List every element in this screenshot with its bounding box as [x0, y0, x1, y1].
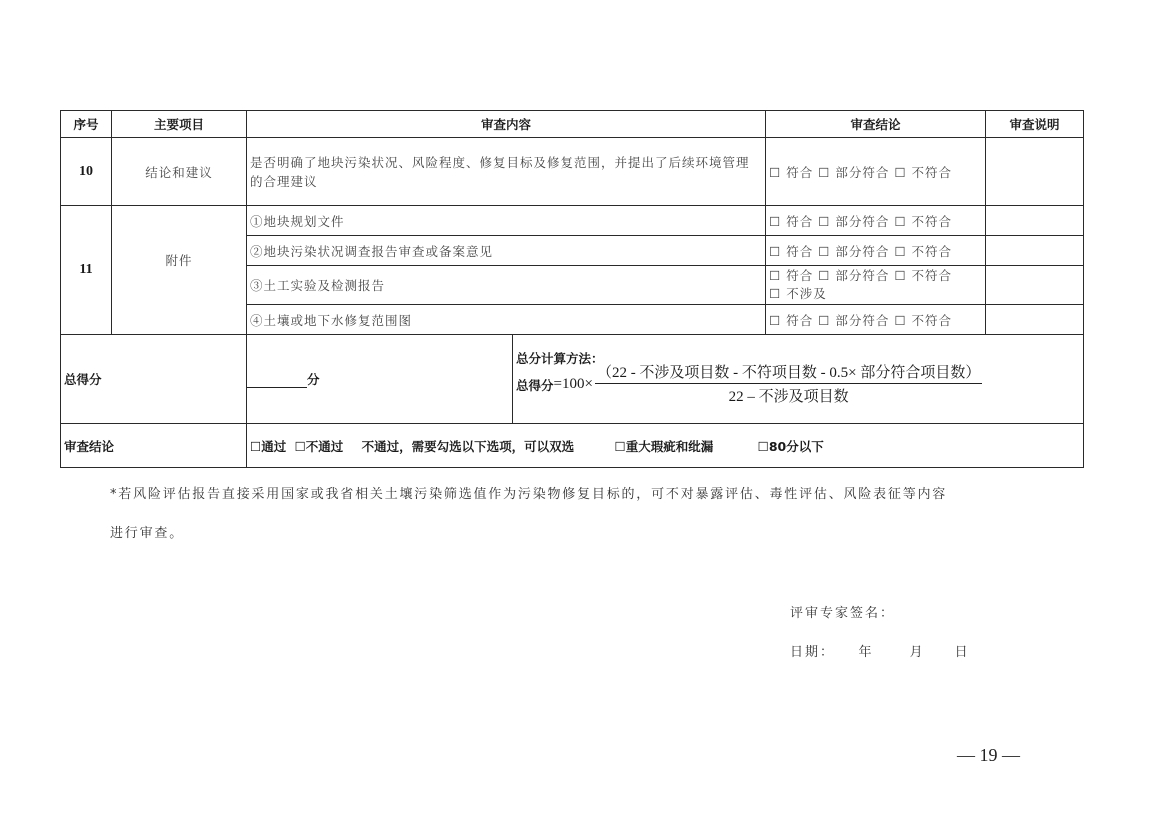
- header-content: 审查内容: [247, 111, 766, 138]
- formula-lhs-label: 总得分: [516, 376, 554, 394]
- attachment-content: ④土壤或地下水修复范围图: [247, 305, 766, 335]
- formula-cell: 总分计算方法： 总得分 =100× （22 - 不涉及项目数 - 不符项目数 -…: [513, 335, 1084, 424]
- conclusion-options: ☐通过 ☐不通过 不通过，需要勾选以下选项，可以双选 ☐重大瑕疵和纰漏 ☐80分…: [247, 424, 1084, 468]
- header-row: 序号 主要项目 审查内容 审查结论 审查说明: [61, 111, 1084, 138]
- row-number: 11: [61, 206, 112, 335]
- row-remark[interactable]: [986, 138, 1084, 206]
- major-flaw-checkbox[interactable]: ☐重大瑕疵和纰漏: [615, 439, 714, 454]
- header-item: 主要项目: [112, 111, 247, 138]
- row-number: 10: [61, 138, 112, 206]
- footnote-line2: 进行审查。: [110, 522, 184, 541]
- score-unit: 分: [307, 372, 320, 387]
- expert-signature-label: 评审专家签名：: [790, 602, 895, 621]
- attachment-content: ③土工实验及检测报告: [247, 266, 766, 305]
- attachment-remark[interactable]: [986, 305, 1084, 335]
- header-conclusion: 审查结论: [766, 111, 986, 138]
- options-line1[interactable]: ☐ 符合 ☐ 部分符合 ☐ 不符合: [769, 267, 982, 285]
- fail-checkbox[interactable]: ☐不通过: [295, 439, 344, 454]
- below-80-checkbox[interactable]: ☐80分以下: [758, 439, 824, 454]
- pass-checkbox[interactable]: ☐通过: [250, 439, 286, 454]
- conclusion-label: 审查结论: [61, 424, 247, 468]
- attachment-options[interactable]: ☐ 符合 ☐ 部分符合 ☐ 不符合 ☐ 不涉及: [766, 266, 986, 305]
- attachment-options[interactable]: ☐ 符合 ☐ 部分符合 ☐ 不符合: [766, 206, 986, 236]
- attachment-remark[interactable]: [986, 266, 1084, 305]
- attachment-content: ②地块污染状况调查报告审查或备案意见: [247, 236, 766, 266]
- review-table: 序号 主要项目 审查内容 审查结论 审查说明 10 结论和建议 是否明确了地块污…: [60, 110, 1084, 468]
- row-item: 结论和建议: [112, 138, 247, 206]
- attachment-options[interactable]: ☐ 符合 ☐ 部分符合 ☐ 不符合: [766, 236, 986, 266]
- score-blank[interactable]: [247, 373, 307, 388]
- header-no: 序号: [61, 111, 112, 138]
- row-conclusion-options[interactable]: ☐ 符合 ☐ 部分符合 ☐ 不符合: [766, 138, 986, 206]
- formula-denominator: 22 – 不涉及项目数: [729, 384, 849, 406]
- options-line2[interactable]: ☐ 不涉及: [769, 285, 982, 303]
- conclusion-row: 审查结论 ☐通过 ☐不通过 不通过，需要勾选以下选项，可以双选 ☐重大瑕疵和纰漏…: [61, 424, 1084, 468]
- formula-lhs-value: =100×: [554, 376, 593, 393]
- page-number: — 19 —: [957, 745, 1020, 766]
- fail-instruction: 不通过，需要勾选以下选项，可以双选: [362, 439, 575, 454]
- row-content: 是否明确了地块污染状况、风险程度、修复目标及修复范围，并提出了后续环境管理的合理…: [247, 138, 766, 206]
- date-label: 日期： 年 月 日: [790, 641, 970, 660]
- formula-fraction: （22 - 不涉及项目数 - 不符项目数 - 0.5× 部分符合项目数） 22 …: [595, 361, 982, 406]
- total-score-label: 总得分: [61, 335, 247, 424]
- formula-numerator: （22 - 不涉及项目数 - 不符项目数 - 0.5× 部分符合项目数）: [595, 361, 982, 384]
- attachment-remark[interactable]: [986, 236, 1084, 266]
- total-score-field[interactable]: 分: [247, 335, 513, 424]
- total-score-row: 总得分 分 总分计算方法： 总得分 =100× （22 - 不涉及项目数 - 不…: [61, 335, 1084, 424]
- row-item: 附件: [112, 206, 247, 335]
- table-row: 11 附件 ①地块规划文件 ☐ 符合 ☐ 部分符合 ☐ 不符合: [61, 206, 1084, 236]
- attachment-remark[interactable]: [986, 206, 1084, 236]
- header-remark: 审查说明: [986, 111, 1084, 138]
- attachment-content: ①地块规划文件: [247, 206, 766, 236]
- footnote-line1: *若风险评估报告直接采用国家或我省相关土壤污染筛选值作为污染物修复目标的，可不对…: [110, 483, 947, 502]
- attachment-options[interactable]: ☐ 符合 ☐ 部分符合 ☐ 不符合: [766, 305, 986, 335]
- table-row: 10 结论和建议 是否明确了地块污染状况、风险程度、修复目标及修复范围，并提出了…: [61, 138, 1084, 206]
